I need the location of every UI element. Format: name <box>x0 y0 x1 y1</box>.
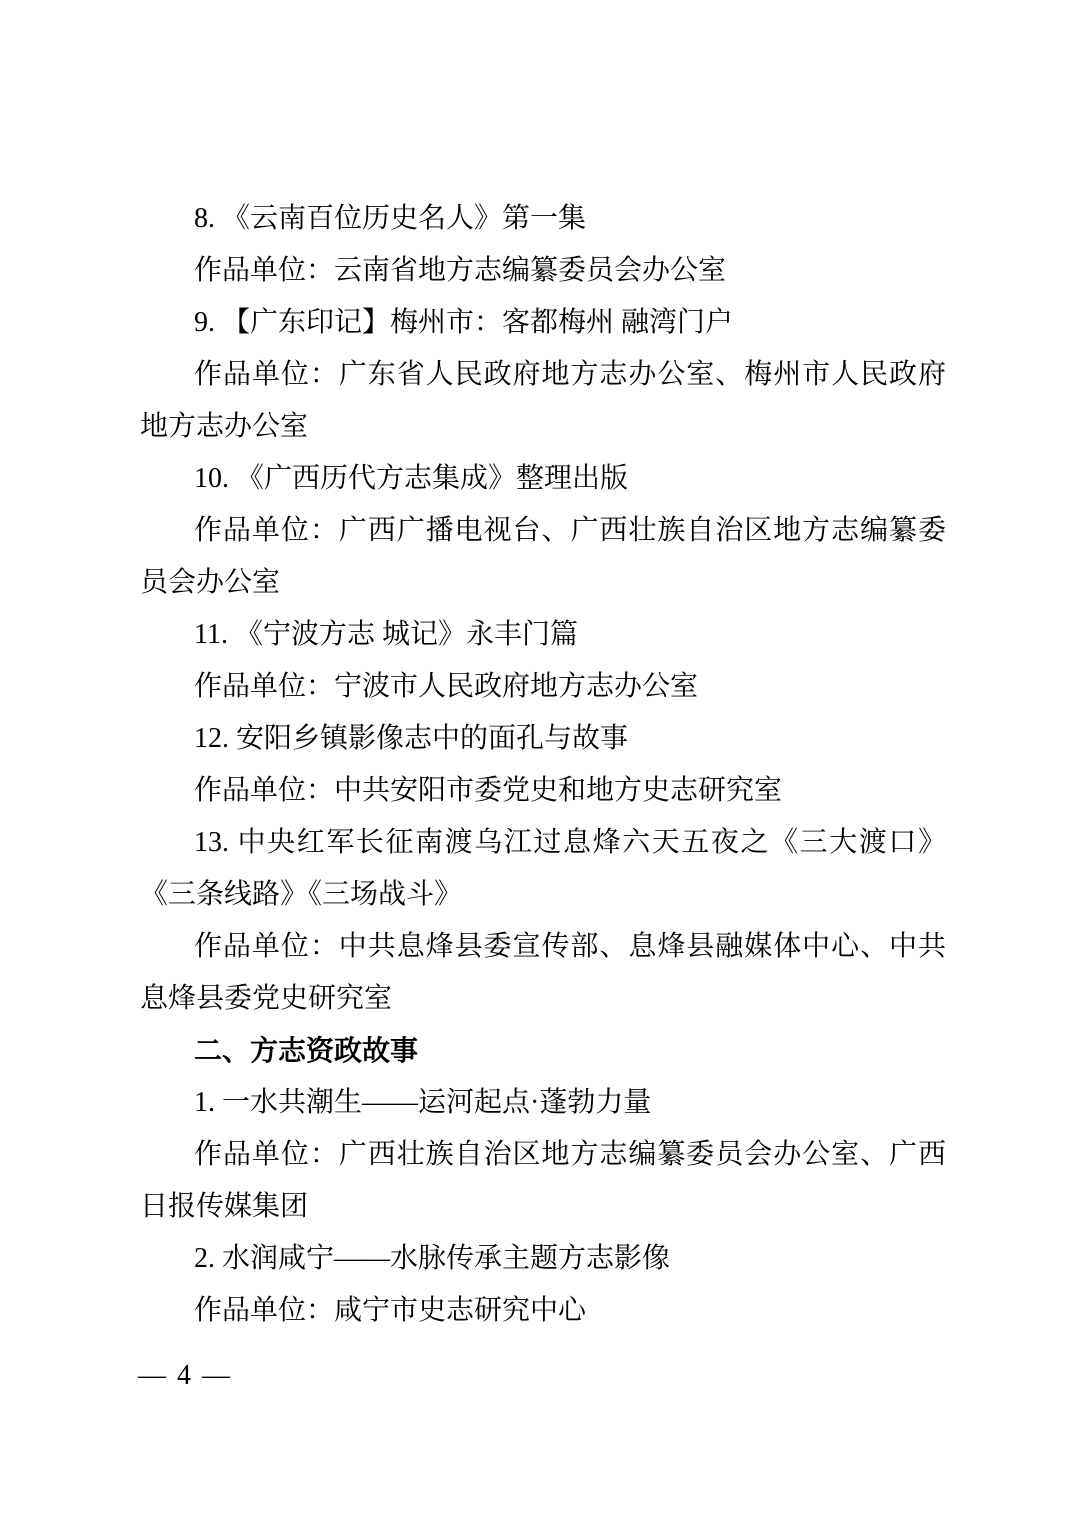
entry-11-title: 11. 《宁波方志 城记》永丰门篇 <box>140 609 946 661</box>
sec2-entry-1-title: 1. 一水共潮生——运河起点·蓬勃力量 <box>140 1077 946 1129</box>
entry-10-title: 10. 《广西历代方志集成》整理出版 <box>140 453 946 505</box>
section-2-heading: 二、方志资政故事 <box>140 1025 946 1077</box>
entry-8-title: 8. 《云南百位历史名人》第一集 <box>140 193 946 245</box>
entry-13-unit: 作品单位：中共息烽县委宣传部、息烽县融媒体中心、中共息烽县委党史研究室 <box>140 921 946 1025</box>
entry-13-title: 13. 中央红军长征南渡乌江过息烽六天五夜之《三大渡口》《三条线路》《三场战斗》 <box>140 817 946 921</box>
sec2-entry-2-title: 2. 水润咸宁——水脉传承主题方志影像 <box>140 1233 946 1285</box>
document-page: 8. 《云南百位历史名人》第一集 作品单位：云南省地方志编纂委员会办公室 9. … <box>0 0 1080 1530</box>
entry-9-unit: 作品单位：广东省人民政府地方志办公室、梅州市人民政府地方志办公室 <box>140 349 946 453</box>
document-body: 8. 《云南百位历史名人》第一集 作品单位：云南省地方志编纂委员会办公室 9. … <box>140 193 946 1337</box>
page-number: — 4 — <box>138 1358 232 1394</box>
entry-12-title: 12. 安阳乡镇影像志中的面孔与故事 <box>140 713 946 765</box>
entry-10-unit: 作品单位：广西广播电视台、广西壮族自治区地方志编纂委员会办公室 <box>140 505 946 609</box>
entry-12-unit: 作品单位：中共安阳市委党史和地方史志研究室 <box>140 765 946 817</box>
entry-8-unit: 作品单位：云南省地方志编纂委员会办公室 <box>140 245 946 297</box>
entry-11-unit: 作品单位：宁波市人民政府地方志办公室 <box>140 661 946 713</box>
sec2-entry-1-unit: 作品单位：广西壮族自治区地方志编纂委员会办公室、广西日报传媒集团 <box>140 1129 946 1233</box>
entry-9-title: 9. 【广东印记】梅州市：客都梅州 融湾门户 <box>140 297 946 349</box>
sec2-entry-2-unit: 作品单位：咸宁市史志研究中心 <box>140 1285 946 1337</box>
